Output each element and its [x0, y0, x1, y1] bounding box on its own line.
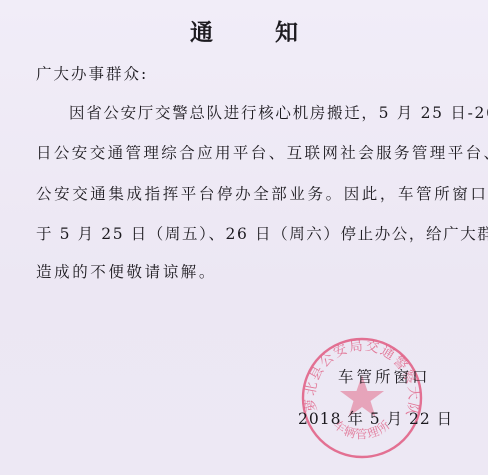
body-line-5: 造成的不便敬请谅解。 [36, 260, 217, 282]
signature: 车管所窗口 [338, 365, 431, 387]
body-line-3: 公安交通集成指挥平台停办全部业务。因此，车管所窗口将 [36, 182, 488, 204]
issue-date: 2018 年 5 月 22 日 [298, 407, 453, 429]
body-line-4: 于 5 月 25 日（周五）、26 日（周六）停止办公，给广大群众 [36, 222, 488, 244]
document-title: 通知 [0, 14, 488, 47]
body-line-1: 因省公安厅交警总队进行核心机房搬迁，5 月 25 日-26 [69, 101, 488, 123]
title-char-2: 知 [275, 14, 298, 47]
salutation: 广大办事群众: [36, 62, 148, 84]
document-page: 通知 广大办事群众: 因省公安厅交警总队进行核心机房搬迁，5 月 25 日-26… [0, 0, 488, 475]
title-char-1: 通 [190, 14, 213, 47]
body-line-2: 日公安交通管理综合应用平台、互联网社会服务管理平台、 [36, 141, 488, 163]
official-seal-icon: 萝北县公安局交通警察大队 车辆管理所 [301, 337, 423, 459]
